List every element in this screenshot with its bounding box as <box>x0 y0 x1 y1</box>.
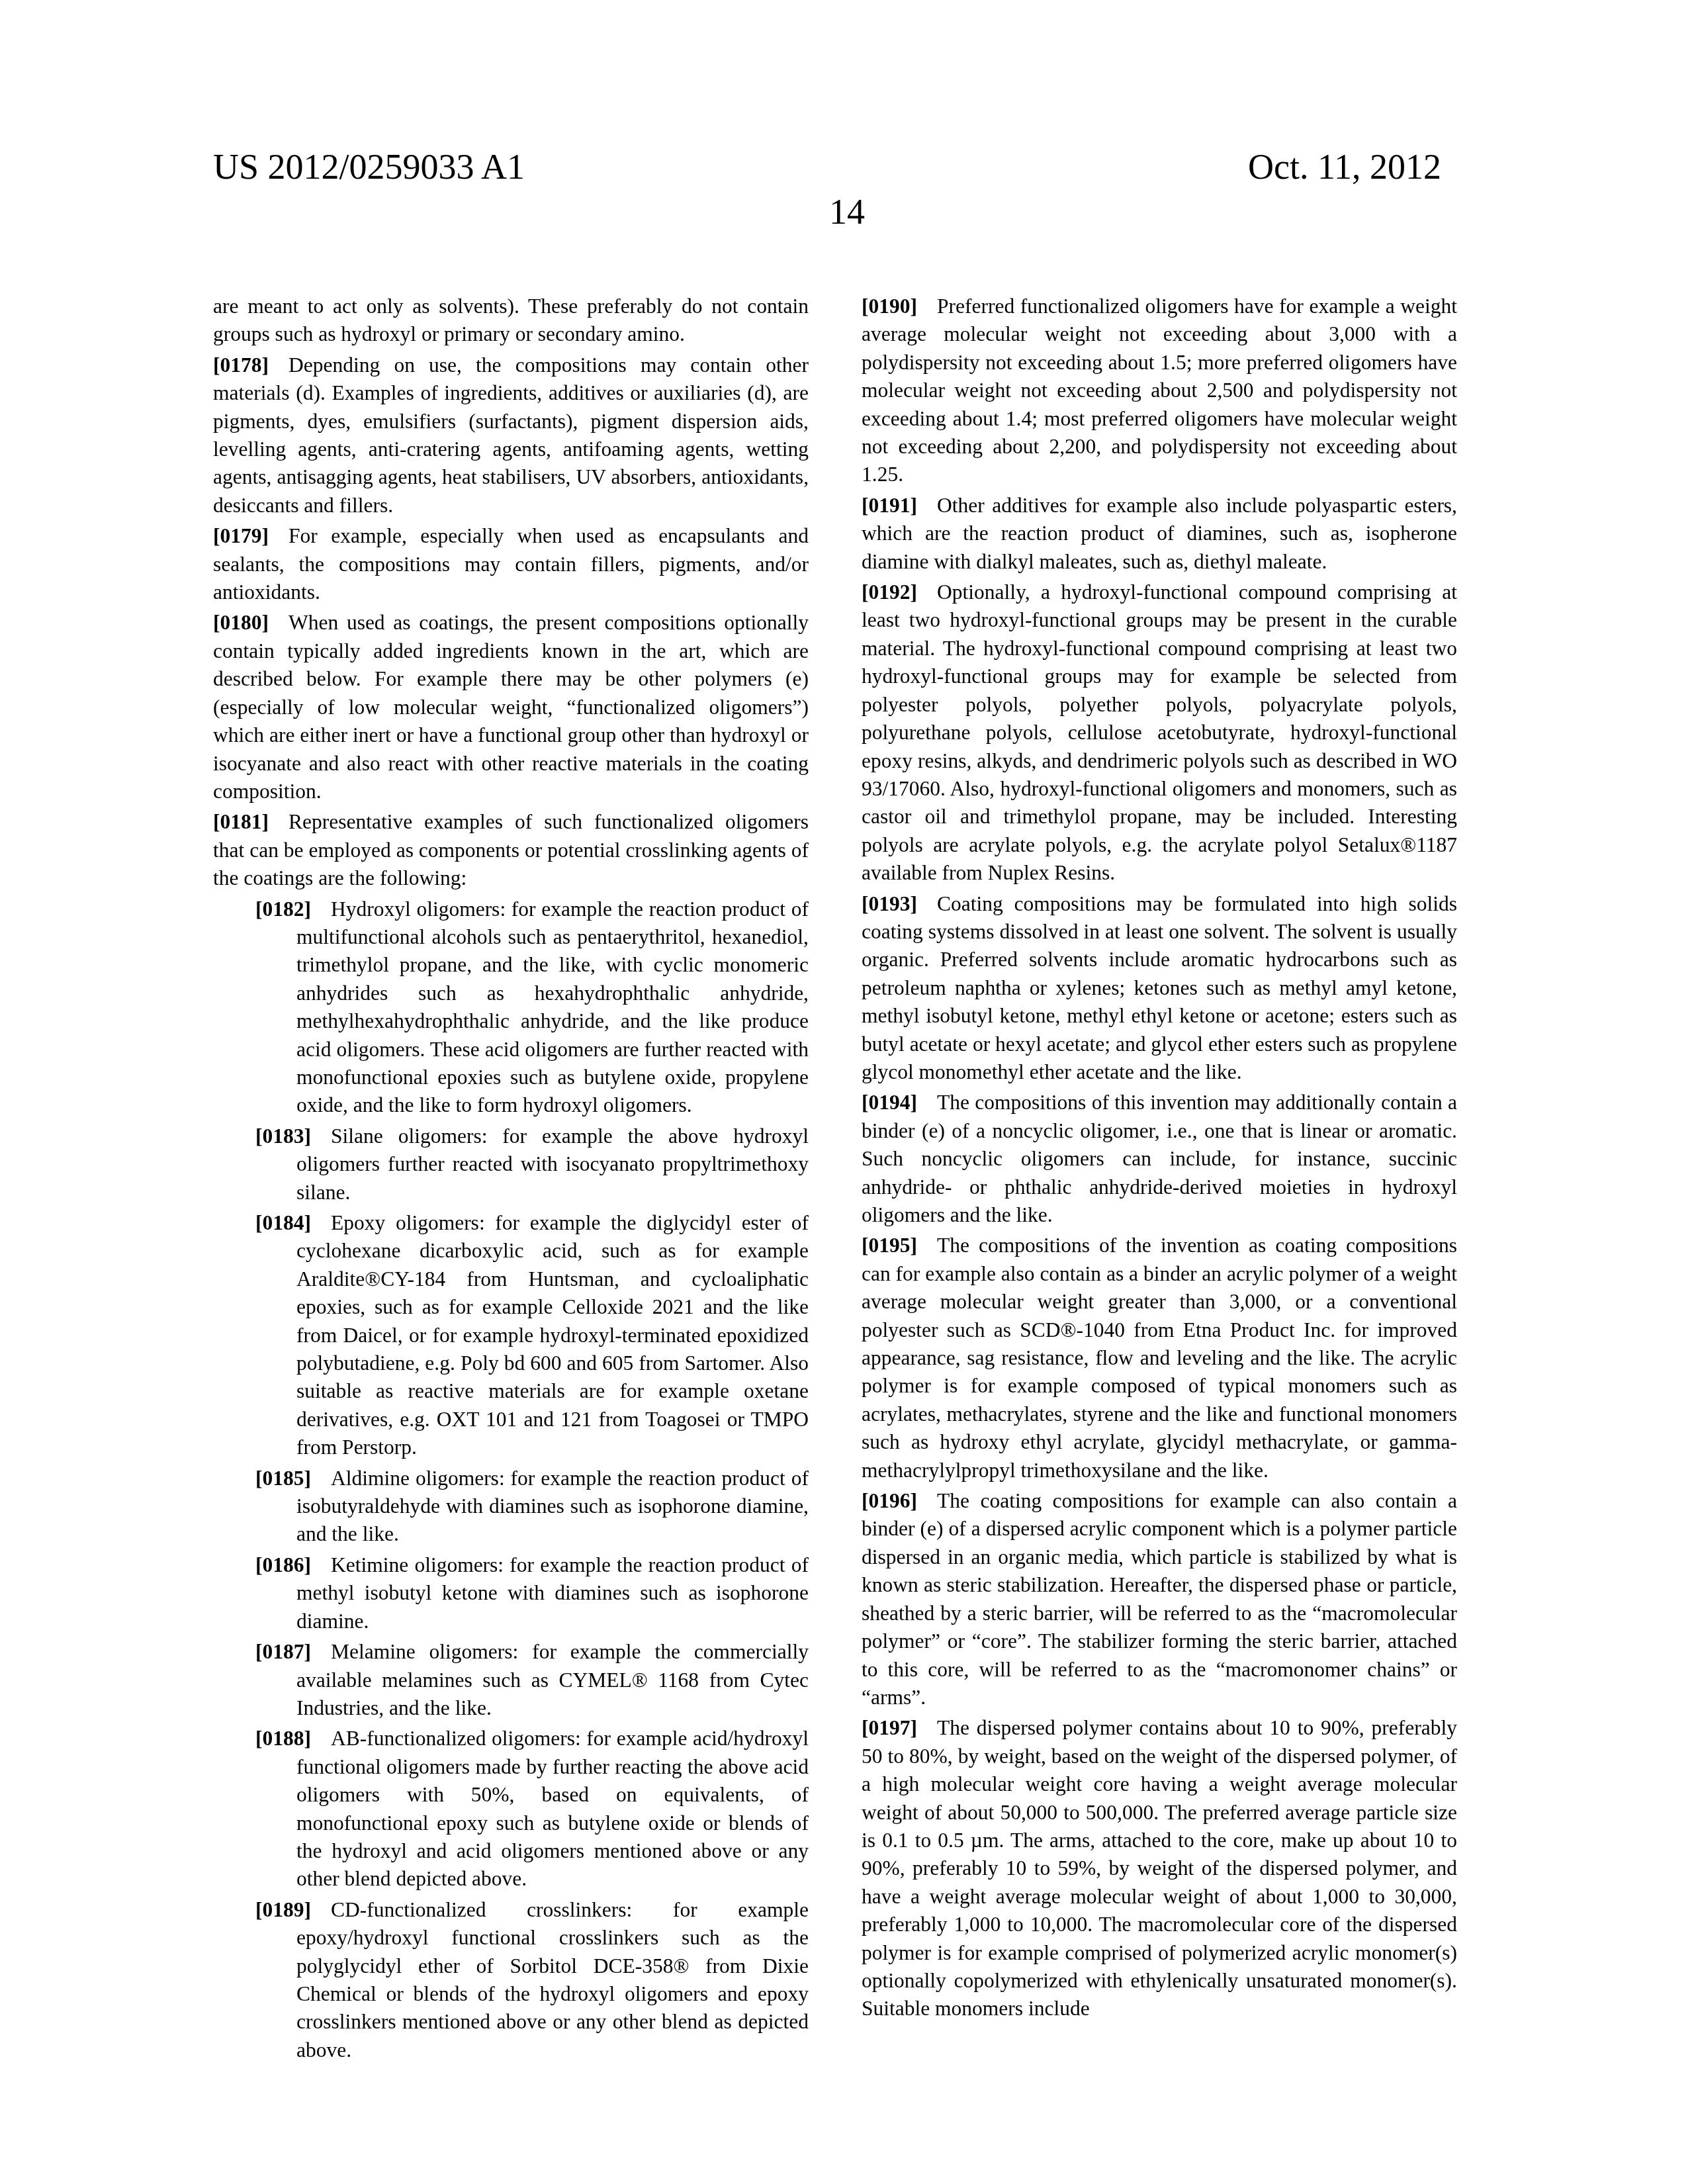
paragraph-0195: [0195]The compositions of the invention … <box>862 1232 1457 1484</box>
paragraph-number: [0188] <box>255 1727 311 1750</box>
paragraph-number: [0184] <box>255 1211 311 1234</box>
paragraph-number: [0187] <box>255 1640 311 1663</box>
paragraph-number: [0178] <box>213 353 269 377</box>
paragraph-number: [0189] <box>255 1898 311 1921</box>
paragraph-number: [0192] <box>862 580 917 604</box>
paragraph-number: [0190] <box>862 295 917 318</box>
left-column: are meant to act only as solvents). Thes… <box>213 293 809 2064</box>
paragraph-number: [0183] <box>255 1124 311 1148</box>
paragraph-number: [0196] <box>862 1489 917 1512</box>
paragraph-0188: [0188]AB-functionalized oligomers: for e… <box>213 1725 809 1893</box>
paragraph-0197: [0197]The dispersed polymer contains abo… <box>862 1714 1457 2023</box>
paragraph-text: The compositions of the invention as coa… <box>862 1234 1457 1481</box>
paragraph-text: Aldimine oligomers: for example the reac… <box>296 1467 809 1546</box>
paragraph-text: When used as coatings, the present compo… <box>213 611 809 802</box>
paragraph-0187: [0187]Melamine oligomers: for example th… <box>213 1638 809 1722</box>
paragraph-0185: [0185]Aldimine oligomers: for example th… <box>213 1465 809 1549</box>
paragraph-0183: [0183]Silane oligomers: for example the … <box>213 1122 809 1206</box>
paragraph-text: are meant to act only as solvents). Thes… <box>213 295 809 345</box>
paragraph-0196: [0196]The coating compositions for examp… <box>862 1487 1457 1711</box>
paragraph-number: [0193] <box>862 892 917 915</box>
paragraph-text: CD-functionalized crosslinkers: for exam… <box>296 1898 809 2062</box>
paragraph-text: Hydroxyl oligomers: for example the reac… <box>296 897 809 1117</box>
paragraph-number: [0179] <box>213 524 269 547</box>
paragraph-0190: [0190]Preferred functionalized oligomers… <box>862 293 1457 489</box>
paragraph-text: Optionally, a hydroxyl-functional compou… <box>862 580 1457 884</box>
paragraph-0193: [0193]Coating compositions may be formul… <box>862 890 1457 1087</box>
paragraph-0180: [0180]When used as coatings, the present… <box>213 609 809 805</box>
paragraph-text: Melamine oligomers: for example the comm… <box>296 1640 809 1719</box>
paragraph-0186: [0186]Ketimine oligomers: for example th… <box>213 1551 809 1635</box>
paragraph-text: For example, especially when used as enc… <box>213 524 809 604</box>
paragraph-0184: [0184]Epoxy oligomers: for example the d… <box>213 1209 809 1462</box>
paragraph-0182: [0182]Hydroxyl oligomers: for example th… <box>213 895 809 1120</box>
paragraph-number: [0195] <box>862 1234 917 1257</box>
publication-date: Oct. 11, 2012 <box>1248 147 1441 187</box>
paragraph-0179: [0179]For example, especially when used … <box>213 522 809 606</box>
paragraph-0194: [0194]The compositions of this invention… <box>862 1089 1457 1229</box>
paragraph-text: The compositions of this invention may a… <box>862 1091 1457 1226</box>
paragraph-0189: [0189]CD-functionalized crosslinkers: fo… <box>213 1896 809 2064</box>
paragraph-number: [0186] <box>255 1553 311 1576</box>
paragraph-text: Depending on use, the compositions may c… <box>213 353 809 517</box>
paragraph-0191: [0191]Other additives for example also i… <box>862 492 1457 576</box>
paragraph-text: Other additives for example also include… <box>862 494 1457 573</box>
paragraph-text: The coating compositions for example can… <box>862 1489 1457 1709</box>
paragraph-0192: [0192]Optionally, a hydroxyl-functional … <box>862 578 1457 887</box>
paragraph-text: Ketimine oligomers: for example the reac… <box>296 1553 809 1633</box>
paragraph-number: [0191] <box>862 494 917 517</box>
paragraph-number: [0180] <box>213 611 269 634</box>
paragraph-0181: [0181]Representative examples of such fu… <box>213 808 809 892</box>
paragraph-text: Epoxy oligomers: for example the diglyci… <box>296 1211 809 1459</box>
paragraph-text: The dispersed polymer contains about 10 … <box>862 1716 1457 2020</box>
paragraph-text: Coating compositions may be formulated i… <box>862 892 1457 1083</box>
paragraph-number: [0185] <box>255 1467 311 1490</box>
paragraph-number: [0181] <box>213 810 269 833</box>
right-column: [0190]Preferred functionalized oligomers… <box>862 293 1457 2023</box>
paragraph-text: AB-functionalized oligomers: for example… <box>296 1727 809 1890</box>
page-number: 14 <box>0 192 1694 232</box>
paragraph-continuation: are meant to act only as solvents). Thes… <box>213 293 809 349</box>
paragraph-number: [0197] <box>862 1716 917 1739</box>
paragraph-0178: [0178]Depending on use, the compositions… <box>213 351 809 520</box>
paragraph-text: Silane oligomers: for example the above … <box>296 1124 809 1204</box>
paragraph-text: Preferred functionalized oligomers have … <box>862 295 1457 486</box>
publication-number: US 2012/0259033 A1 <box>213 147 525 187</box>
paragraph-text: Representative examples of such function… <box>213 810 809 889</box>
paragraph-number: [0194] <box>862 1091 917 1114</box>
paragraph-number: [0182] <box>255 897 311 921</box>
